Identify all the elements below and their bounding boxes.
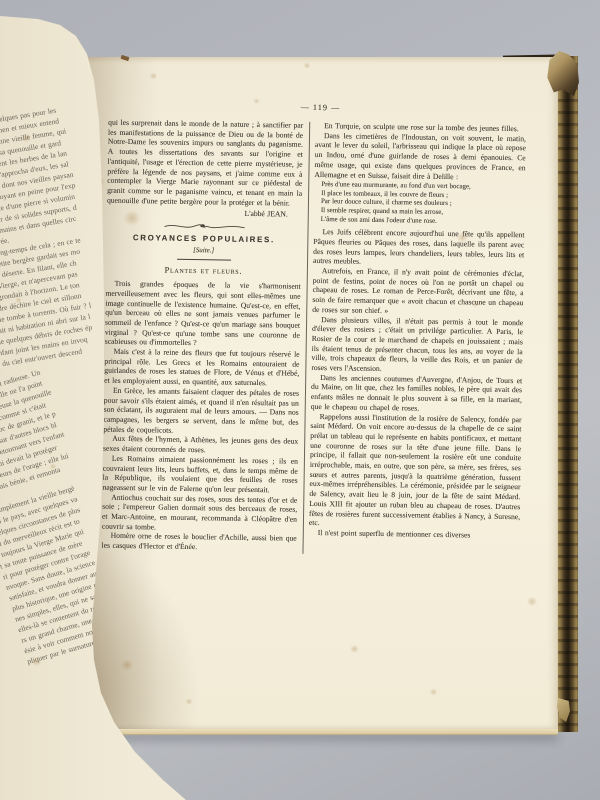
paragraph: Rappelons aussi l'institution de la rosi… [309,411,522,531]
page-number: — 119 — [108,100,532,116]
section-heading: CROYANCES POPULAIRES. [106,233,301,246]
paragraph: Autrefois, en France, il n'y avait point… [312,266,524,318]
heading-rule [177,259,231,261]
section-note: [Suite.] [106,245,301,258]
paragraph: Antiochus couchait sur des roses, sous d… [102,492,298,534]
paragraph: Dans les anciennes coutumes d'Auvergne, … [311,373,523,415]
paragraph: Trois grandes époques de la vie s'harmon… [105,279,301,350]
book-right-page: — 119 — qui les surprenait dans le monde… [80,57,558,729]
paragraph: En Grèce, les amants faisaient claquer d… [103,386,299,438]
paragraph: Dans les cimetières de l'Indoustan, on v… [314,131,526,183]
foxing-spot [525,595,539,608]
foxing-spot [428,687,439,697]
verse-line: L'âme de son ami dans l'odeur d'une rose… [321,216,525,228]
paragraph: Homère orne de roses le bouclier d'Achil… [101,531,296,553]
subsection-heading: Plantes et fleurs. [106,265,301,278]
text-column-right: En Turquie, on sculpte une rose sur la t… [308,121,526,557]
text-column-left: qui les surprenait dans le monde de la n… [101,118,303,554]
paragraph: Dans plusieurs villes, il n'était pas pe… [311,314,523,376]
paragraph: Les Juifs célèbrent encore aujourd'hui u… [313,227,525,269]
verse-quote: Près d'une eau murmurante, au fond d'un … [321,181,526,227]
ornament-divider-icon [107,220,302,233]
book-photo: { "colors": { "backdrop_gray": "#b7bac0"… [0,0,600,800]
printed-text-block: — 119 — qui les surprenait dans le monde… [101,100,532,557]
paragraph: Mais c'est à la reine des fleurs que fut… [104,347,300,389]
left-page-text: gnaient de quelques pas pour lesature du… [0,103,102,369]
book-cover-edge [556,56,578,732]
paragraph: Les Romains aimaient passionnément les r… [102,453,298,495]
foxing-spot [302,61,312,70]
paragraph: Il n'est point superflu de mentionner ce… [309,528,520,541]
page-block-bottom-edge [80,729,558,735]
signature: L'abbé JEAN. [107,207,302,220]
paragraph: qui les surprenait dans le monde de la n… [107,118,303,208]
foxing-spot [348,643,361,655]
